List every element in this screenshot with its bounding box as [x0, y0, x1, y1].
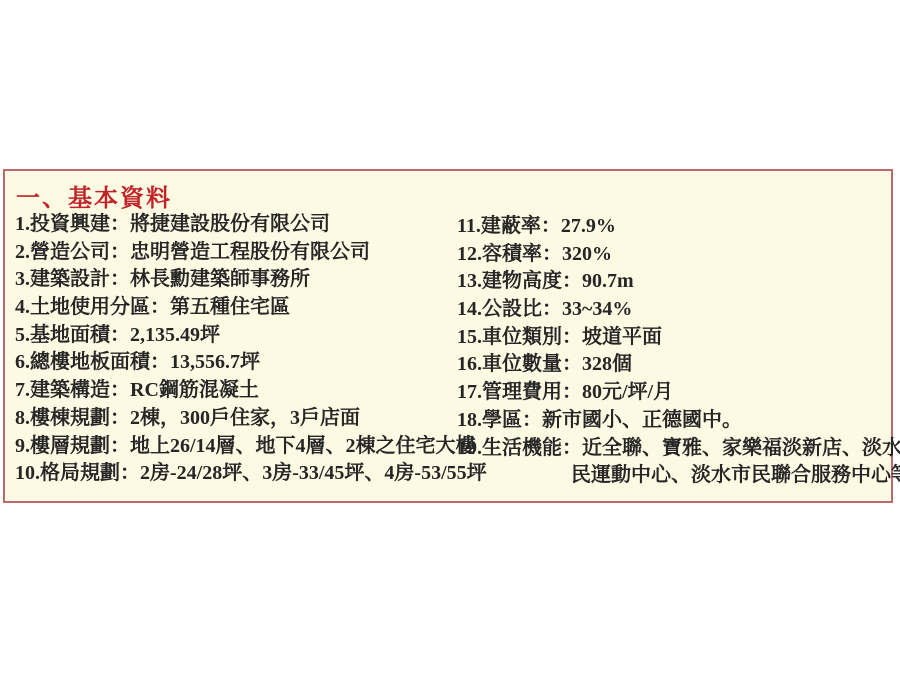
info-item-7: 7.建築構造：RC鋼筋混凝土: [15, 377, 487, 405]
info-item-3: 3.建築設計：林長勳建築師事務所: [15, 266, 487, 294]
info-item-19: 19.生活機能：近全聯、寶雅、家樂福淡新店、淡水國: [457, 435, 900, 463]
basic-info-panel: 一、基本資料 1.投資興建：將捷建設股份有限公司 2.營造公司：忠明營造工程股份…: [3, 169, 893, 503]
info-item-12: 12.容積率：320%: [457, 241, 900, 269]
info-item-17: 17.管理費用：80元/坪/月: [457, 379, 900, 407]
info-item-16: 16.車位數量：328個: [457, 351, 900, 379]
section-title: 一、基本資料: [16, 178, 172, 213]
info-item-4: 4.土地使用分區：第五種住宅區: [15, 294, 487, 322]
info-item-14: 14.公設比：33~34%: [457, 296, 900, 324]
info-item-18: 18.學區：新市國小、正德國中。: [457, 407, 900, 435]
info-item-9: 9.樓層規劃：地上26/14層、地下4層、2棟之住宅大樓: [15, 433, 487, 461]
info-item-15: 15.車位類別：坡道平面: [457, 324, 900, 352]
info-item-10: 10.格局規劃：2房-24/28坪、3房-33/45坪、4房-53/55坪: [15, 460, 487, 488]
info-item-6: 6.總樓地板面積：13,556.7坪: [15, 349, 487, 377]
info-item-5: 5.基地面積：2,135.49坪: [15, 322, 487, 350]
slide: 一、基本資料 1.投資興建：將捷建設股份有限公司 2.營造公司：忠明營造工程股份…: [0, 0, 900, 675]
left-column: 1.投資興建：將捷建設股份有限公司 2.營造公司：忠明營造工程股份有限公司 3.…: [15, 211, 487, 488]
info-item-1: 1.投資興建：將捷建設股份有限公司: [15, 211, 487, 239]
info-item-19-continued: 民運動中心、淡水市民聯合服務中心等: [457, 462, 900, 490]
info-item-11: 11.建蔽率：27.9%: [457, 213, 900, 241]
right-column: 11.建蔽率：27.9% 12.容積率：320% 13.建物高度：90.7m 1…: [457, 213, 900, 490]
info-item-13: 13.建物高度：90.7m: [457, 268, 900, 296]
info-item-2: 2.營造公司：忠明營造工程股份有限公司: [15, 239, 487, 267]
info-item-8: 8.樓棟規劃：2棟，300戶住家，3戶店面: [15, 405, 487, 433]
